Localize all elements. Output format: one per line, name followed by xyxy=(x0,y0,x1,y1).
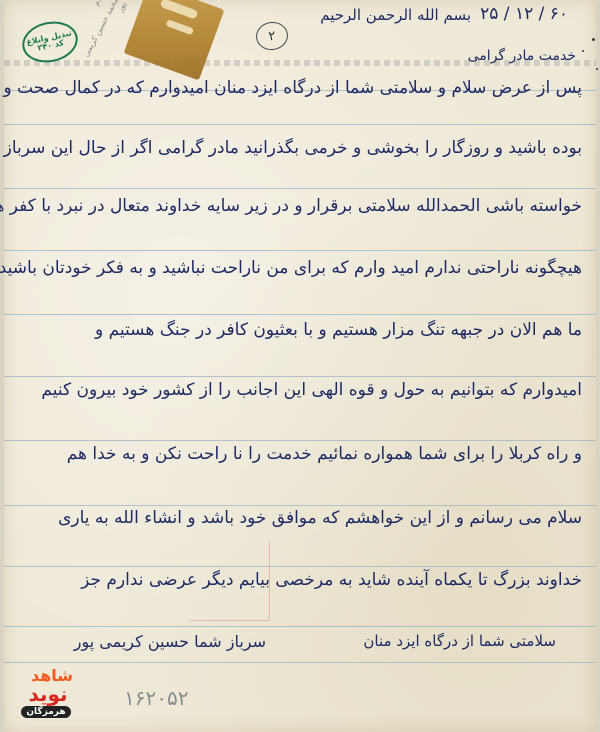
archive-number: ۱۶۲۰۵۲ xyxy=(124,686,188,710)
letter-date: ۲۵ / ۱۲ / ۶۰ xyxy=(480,4,568,24)
ink-speck xyxy=(582,50,584,52)
letter-paper: تبدیل وابلاغ کد ۲۴۰ خادم محمد حسین کریمی… xyxy=(4,0,596,732)
ruled-line xyxy=(4,626,596,627)
page-number: ۲ xyxy=(267,28,276,44)
ruled-line xyxy=(4,566,596,567)
pencil-annotation: خادم محمد حسین کریمی پور xyxy=(66,0,152,79)
body-line: خواسته باشی الحمدالله سلامتی برقرار و در… xyxy=(18,196,582,216)
salutation: خدمت مادر گرامی xyxy=(468,48,576,64)
page-number-circle: ۲ xyxy=(254,20,290,52)
body-line: امیدوارم که بتوانیم به حول و قوه الهی ای… xyxy=(18,380,582,400)
bismillah-heading: بسم الله الرحمن الرحیم xyxy=(320,6,471,24)
ruled-line xyxy=(4,376,596,377)
ruled-line xyxy=(4,505,596,506)
ruled-line xyxy=(4,250,596,251)
body-line: بوده باشید و روزگار را بخوشی و خرمی بگذر… xyxy=(18,138,582,158)
watermark-logo: شاهد نوید هرمزگان xyxy=(8,668,84,728)
signature: سرباز شما حسین کریمی پور xyxy=(74,632,266,651)
ruled-line xyxy=(4,440,596,441)
body-line: ما هم الان در جبهه تنگ مزار هستیم و با ب… xyxy=(18,320,582,340)
ink-speck xyxy=(592,38,595,41)
ruled-line xyxy=(4,124,596,125)
logo-text-bottom: هرمزگان xyxy=(21,706,70,718)
body-line: سلام می رسانم و از این خواهشم که موافق خ… xyxy=(18,508,582,528)
body-line: و راه کربلا را برای شما همواره نمائیم خد… xyxy=(18,444,582,464)
ruled-line xyxy=(4,188,596,189)
ruled-line xyxy=(4,314,596,315)
body-line: خداوند بزرگ تا یکماه آینده شاید به مرخصی… xyxy=(18,570,582,590)
ink-speck xyxy=(596,68,598,70)
logo-text-middle: نوید xyxy=(28,684,67,704)
ruled-line xyxy=(4,662,596,663)
body-line: پس از عرض سلام و سلامتی شما از درگاه ایز… xyxy=(18,78,582,98)
body-line: هیچگونه ناراحتی ندارم امید وارم که برای … xyxy=(18,258,582,278)
closing-line: سلامتی شما از درگاه ایزد منان xyxy=(363,632,556,650)
